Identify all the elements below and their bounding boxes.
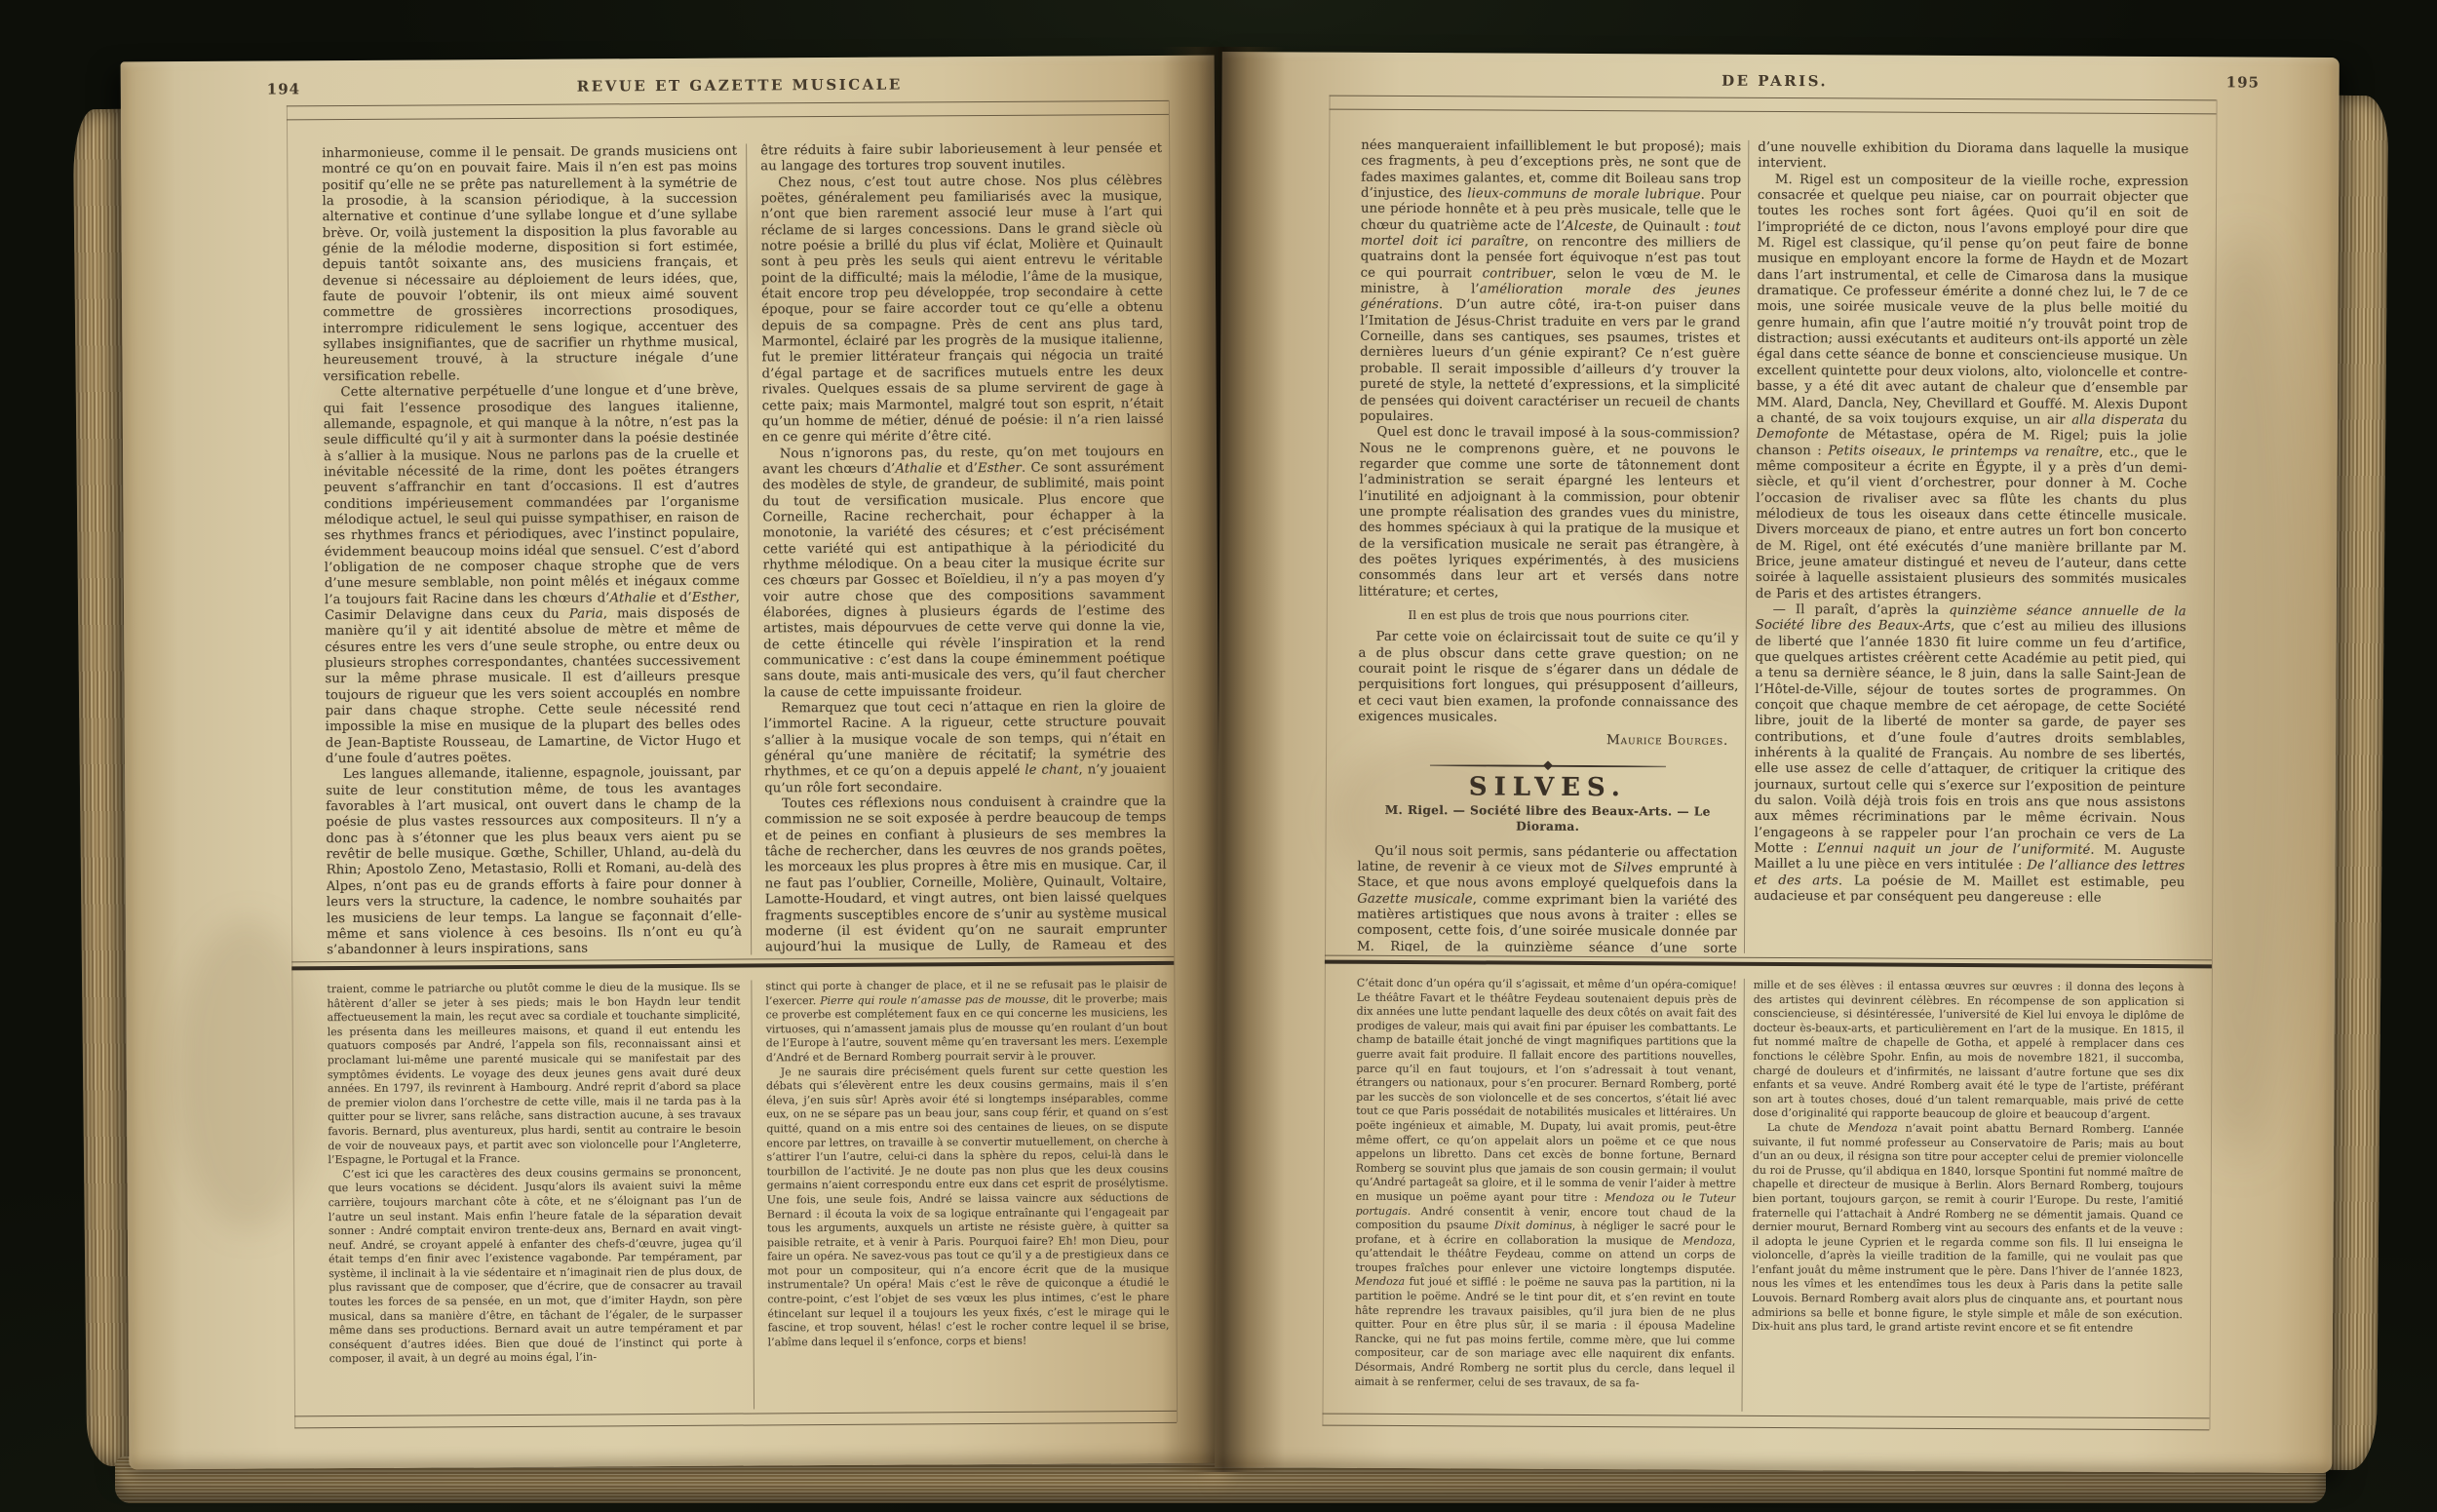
- section-title: SILVES.: [1358, 778, 1738, 795]
- footer-rule-inner: [1322, 1425, 2209, 1431]
- paragraph: traient, comme le patriarche ou plutôt c…: [327, 981, 741, 1168]
- paragraph: Chez nous, c’est tout autre chose. Nos p…: [760, 174, 1164, 446]
- paragraph: Par cette voie on éclaircissait tout de …: [1358, 630, 1739, 727]
- left-main-column-2: être réduits à faire subir laborieusemen…: [760, 141, 1167, 955]
- right-feuilleton-column-1: C’était donc d’un opéra qu’il s’agissait…: [1355, 977, 1737, 1412]
- section-intro-paragraph: Qu’il nous soit permis, sans pédanterie …: [1357, 843, 1738, 952]
- paragraph: inharmonieuse, comme il le pensait. De g…: [322, 144, 738, 386]
- feuilleton-rule-thick: [291, 961, 1174, 971]
- right-main-column-1: nées manqueraient infailliblement le but…: [1357, 138, 1741, 953]
- page-number-left: 194: [267, 80, 300, 97]
- paragraph: Je ne saurais dire précisément quels fur…: [766, 1063, 1170, 1349]
- header-rule: [1330, 96, 2217, 101]
- paragraph: Nous n’ignorons pas, du reste, qu’on met…: [762, 444, 1166, 701]
- feuilleton-column-rule: [1742, 979, 1745, 1412]
- paragraph: Les langues allemande, italienne, espagn…: [326, 765, 742, 957]
- paragraph: nées manqueraient infailliblement le but…: [1360, 138, 1742, 427]
- feuilleton-column-rule: [751, 981, 754, 1410]
- running-title-left: REVUE ET GAZETTE MUSICALE: [321, 74, 1159, 97]
- footer-rule: [1322, 1414, 2209, 1419]
- author-signature: Maurice Bourges.: [1358, 731, 1728, 749]
- running-title-right: DE PARIS.: [1356, 70, 2194, 93]
- column-rule: [1744, 140, 1749, 953]
- header-rule-inner: [1329, 109, 2216, 115]
- header-rule: [287, 100, 1169, 107]
- article-paragraphs: nées manqueraient infailliblement le but…: [1359, 138, 1741, 602]
- quoted-verse-line: Il en est plus de trois que nous pourrio…: [1359, 607, 1739, 625]
- paragraph: C’est ici que les caractères des deux co…: [329, 1165, 743, 1367]
- section-divider-ornament: [1430, 759, 1666, 772]
- frame-rule-left: [287, 105, 295, 1427]
- paragraph: — Il paraît, d’après la quinzième séance…: [1754, 602, 2186, 908]
- paragraph: Quel est donc le travail imposé à la sou…: [1359, 425, 1740, 602]
- paragraph: être réduits à faire subir laborieusemen…: [760, 141, 1162, 175]
- paper-stain: [2177, 232, 2308, 1159]
- section-subtitle: M. Rigel. — Société libre des Beaux-Arts…: [1358, 802, 1738, 836]
- right-feuilleton-column-2: mille et de ses élèves : il entassa œuvr…: [1752, 979, 2185, 1414]
- paragraph: C’était donc d’un opéra qu’il s’agissait…: [1355, 977, 1737, 1391]
- paragraph: La chute de Mendoza n’avait point abattu…: [1752, 1121, 2184, 1337]
- left-feuilleton-column-1: traient, comme le patriarche ou plutôt c…: [327, 981, 743, 1413]
- left-page: 194 REVUE ET GAZETTE MUSICALE inharmonie…: [121, 56, 1223, 1470]
- footer-rule: [294, 1411, 1177, 1417]
- frame-rule-right: [2209, 99, 2217, 1429]
- paragraph: d’une nouvelle exhibition du Diorama dan…: [1758, 140, 2188, 174]
- footer-rule-inner: [294, 1422, 1177, 1429]
- page-number-right: 195: [2226, 73, 2260, 91]
- paragraph: Qu’il nous soit permis, sans pédanterie …: [1357, 843, 1738, 952]
- frame-rule-right: [1169, 100, 1178, 1422]
- paragraph: stinct qui porte à changer de place, et …: [765, 978, 1168, 1066]
- right-page: DE PARIS. 195 nées manqueraient infailli…: [1215, 52, 2340, 1473]
- header-rule-inner: [287, 114, 1169, 121]
- feuilleton-rule-thick: [1325, 960, 2212, 969]
- left-main-column-1: inharmonieuse, comme il le pensait. De g…: [322, 144, 742, 958]
- paragraph: Remarquez que tout ceci n’attaque en rie…: [764, 699, 1167, 797]
- column-rule: [746, 144, 752, 955]
- scanned-book-spread: 194 REVUE ET GAZETTE MUSICALE inharmonie…: [0, 0, 2437, 1512]
- right-main-column-2: d’une nouvelle exhibition du Diorama dan…: [1754, 140, 2188, 955]
- left-feuilleton-column-2: stinct qui porte à changer de place, et …: [765, 978, 1170, 1410]
- article-closing-paragraph: Par cette voie on éclaircissait tout de …: [1358, 630, 1739, 727]
- paragraph: Cette alternative perpétuelle d’une long…: [324, 383, 741, 768]
- frame-rule-left: [1322, 96, 1330, 1425]
- paragraph: M. Rigel est un compositeur de la vieill…: [1756, 173, 2188, 605]
- paragraph: Toutes ces réflexions nous conduisent à …: [764, 795, 1167, 954]
- paragraph: mille et de ses élèves : il entassa œuvr…: [1753, 979, 2185, 1123]
